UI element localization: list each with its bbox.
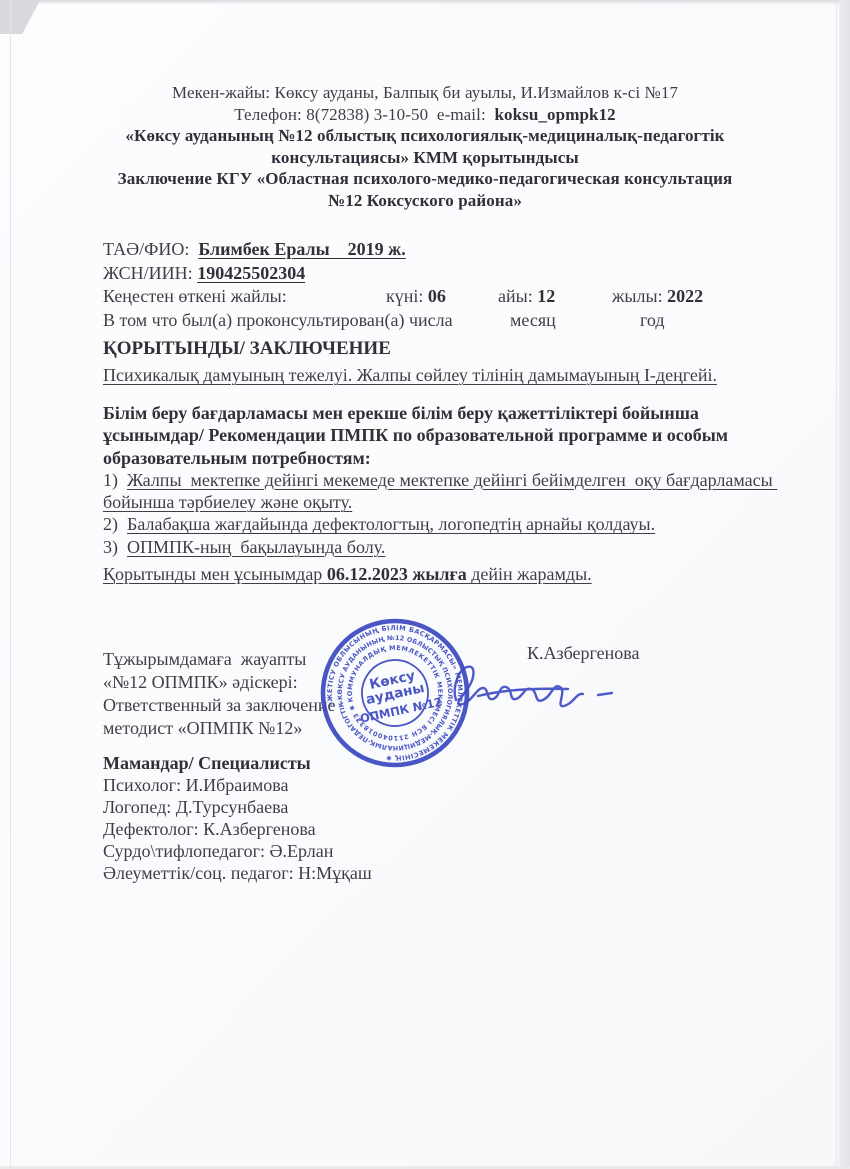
- fio-row: ТАӘ/ФИО: Блимбек Ералы 2019 ж.: [103, 238, 793, 262]
- consult-date-row-ru: В том что был(а) проконсультирован(а) чи…: [103, 309, 793, 333]
- stamp-center-line3: -ОПМПК №12: [354, 695, 443, 727]
- year-field: жылы: 2022: [612, 285, 703, 309]
- phone-email-line: Телефон: 8(72838) 3-10-50 e-mail: koksu_…: [45, 104, 805, 126]
- page-left-edge: [10, 0, 11, 1169]
- email-value: koksu_opmpk12: [494, 105, 615, 124]
- stamp-ring-middle: «КӨКСУ АУДАНЫНЫҢ №12 ОБЛЫСТЫҚ ПСИХОЛОГИЯ…: [318, 616, 465, 767]
- specialist-line: Психолог: И.Ибраимова: [103, 774, 703, 796]
- specialists-heading: Мамандар/ Специалисты: [103, 752, 703, 774]
- consult-label-ru: В том что был(а) проконсультирован(а) чи…: [103, 310, 453, 330]
- year-word: год: [640, 309, 665, 333]
- signature-scribble-icon: [450, 658, 622, 716]
- person-fields: ТАӘ/ФИО: Блимбек Ералы 2019 ж. ЖСН/ИИН: …: [103, 238, 793, 332]
- specialists-section: Мамандар/ Специалисты Психолог: И.Ибраим…: [103, 752, 703, 884]
- recommendation-item: 3)ОПМПК-ның бақылауында болу.: [103, 536, 797, 558]
- stamp-center-line1: Көксу: [368, 668, 417, 693]
- stamp-center-line2: ауданы: [364, 680, 425, 708]
- specialist-line: Әлеуметтік/соц. педагог: Н:Мұқаш: [103, 862, 703, 884]
- iin-value: 190425502304: [197, 263, 305, 283]
- svg-text:«КӨКСУ АУДАНЫНЫҢ №12 ОБЛЫСТЫҚ: «КӨКСУ АУДАНЫНЫҢ №12 ОБЛЫСТЫҚ ПСИХОЛОГИЯ…: [318, 616, 465, 767]
- svg-text:«ЖЕТІСУ ОБЛЫСЫНЫҢ БІЛІМ БАСҚАР: «ЖЕТІСУ ОБЛЫСЫНЫҢ БІЛІМ БАСҚАРМАСЫ» МЕМЛ…: [318, 616, 472, 770]
- scanned-document-page: Мекен-жайы: Көксу ауданы, Балпық би ауыл…: [0, 0, 850, 1169]
- specialist-line: Дефектолог: К.Азбергенова: [103, 818, 703, 840]
- conclusion-text: Психикалық дамуының тежелуі. Жалпы сөйле…: [103, 365, 717, 385]
- fio-value: Блимбек Ералы 2019 ж.: [198, 239, 405, 259]
- recommendation-item: 1)Жалпы мектепке дейінгі мекемеде мектеп…: [103, 469, 797, 514]
- validity-date: 06.12.2023 жылға: [327, 564, 467, 584]
- conclusion-section: ҚОРЫТЫНДЫ/ ЗАКЛЮЧЕНИЕ Психикалық дамуыны…: [103, 337, 793, 387]
- month-field: айы: 12: [498, 285, 555, 309]
- stamp-ring-outer: «ЖЕТІСУ ОБЛЫСЫНЫҢ БІЛІМ БАСҚАРМАСЫ» МЕМЛ…: [318, 616, 472, 770]
- iin-row: ЖСН/ИИН: 190425502304: [103, 262, 793, 286]
- day-field: күні: 06: [386, 285, 446, 309]
- consult-label-kk: Кеңестен өткені жайлы:: [103, 286, 287, 306]
- address-line: Мекен-жайы: Көксу ауданы, Балпық би ауыл…: [45, 82, 805, 104]
- responsible-block: Тұжырымдамаға жауапты «№12 ОПМПК» әдіске…: [103, 648, 336, 740]
- consult-date-row-kk: Кеңестен өткені жайлы: күні: 06 айы: 12 …: [103, 285, 793, 309]
- page-right-edge: [836, 0, 850, 1169]
- org-title-kk: «Көксу ауданының №12 облыстық психология…: [97, 125, 753, 168]
- recommendation-item: 2)Балабақша жағдайында дефектологтың, ло…: [103, 513, 797, 535]
- fio-label: ТАӘ/ФИО:: [103, 239, 189, 259]
- official-stamp-icon: «ЖЕТІСУ ОБЛЫСЫНЫҢ БІЛІМ БАСҚАРМАСЫ» МЕМЛ…: [318, 616, 472, 770]
- month-word: месяц: [510, 309, 556, 333]
- validity-line: Қорытынды мен ұсынымдар 06.12.2023 жылға…: [103, 564, 797, 585]
- svg-text:КОММУНАЛДЫҚ МЕМЛЕКЕТТІК МЕКЕМЕ: КОММУНАЛДЫҚ МЕМЛЕКЕТТІК МЕКЕМЕСІ БСН 211…: [337, 635, 453, 751]
- specialist-line: Логопед: Д.Турсунбаева: [103, 796, 703, 818]
- signer-name: К.Азбергенова: [527, 643, 640, 664]
- conclusion-heading: ҚОРЫТЫНДЫ/ ЗАКЛЮЧЕНИЕ: [103, 337, 793, 360]
- stamp-ring-inner: КОММУНАЛДЫҚ МЕМЛЕКЕТТІК МЕКЕМЕСІ БСН 211…: [337, 635, 453, 751]
- letterhead: Мекен-жайы: Көксу ауданы, Балпық би ауыл…: [45, 82, 805, 211]
- recommendations-heading: Білім беру бағдарламасы мен ерекше білім…: [103, 402, 797, 469]
- org-title-ru: Заключение КГУ «Областная психолого-меди…: [110, 168, 740, 211]
- specialist-line: Сурдо\тифлопедагог: Ә.Ерлан: [103, 840, 703, 862]
- recommendations-section: Білім беру бағдарламасы мен ерекше білім…: [103, 402, 797, 558]
- iin-label: ЖСН/ИИН:: [103, 263, 193, 283]
- page-top-edge: [0, 0, 850, 5]
